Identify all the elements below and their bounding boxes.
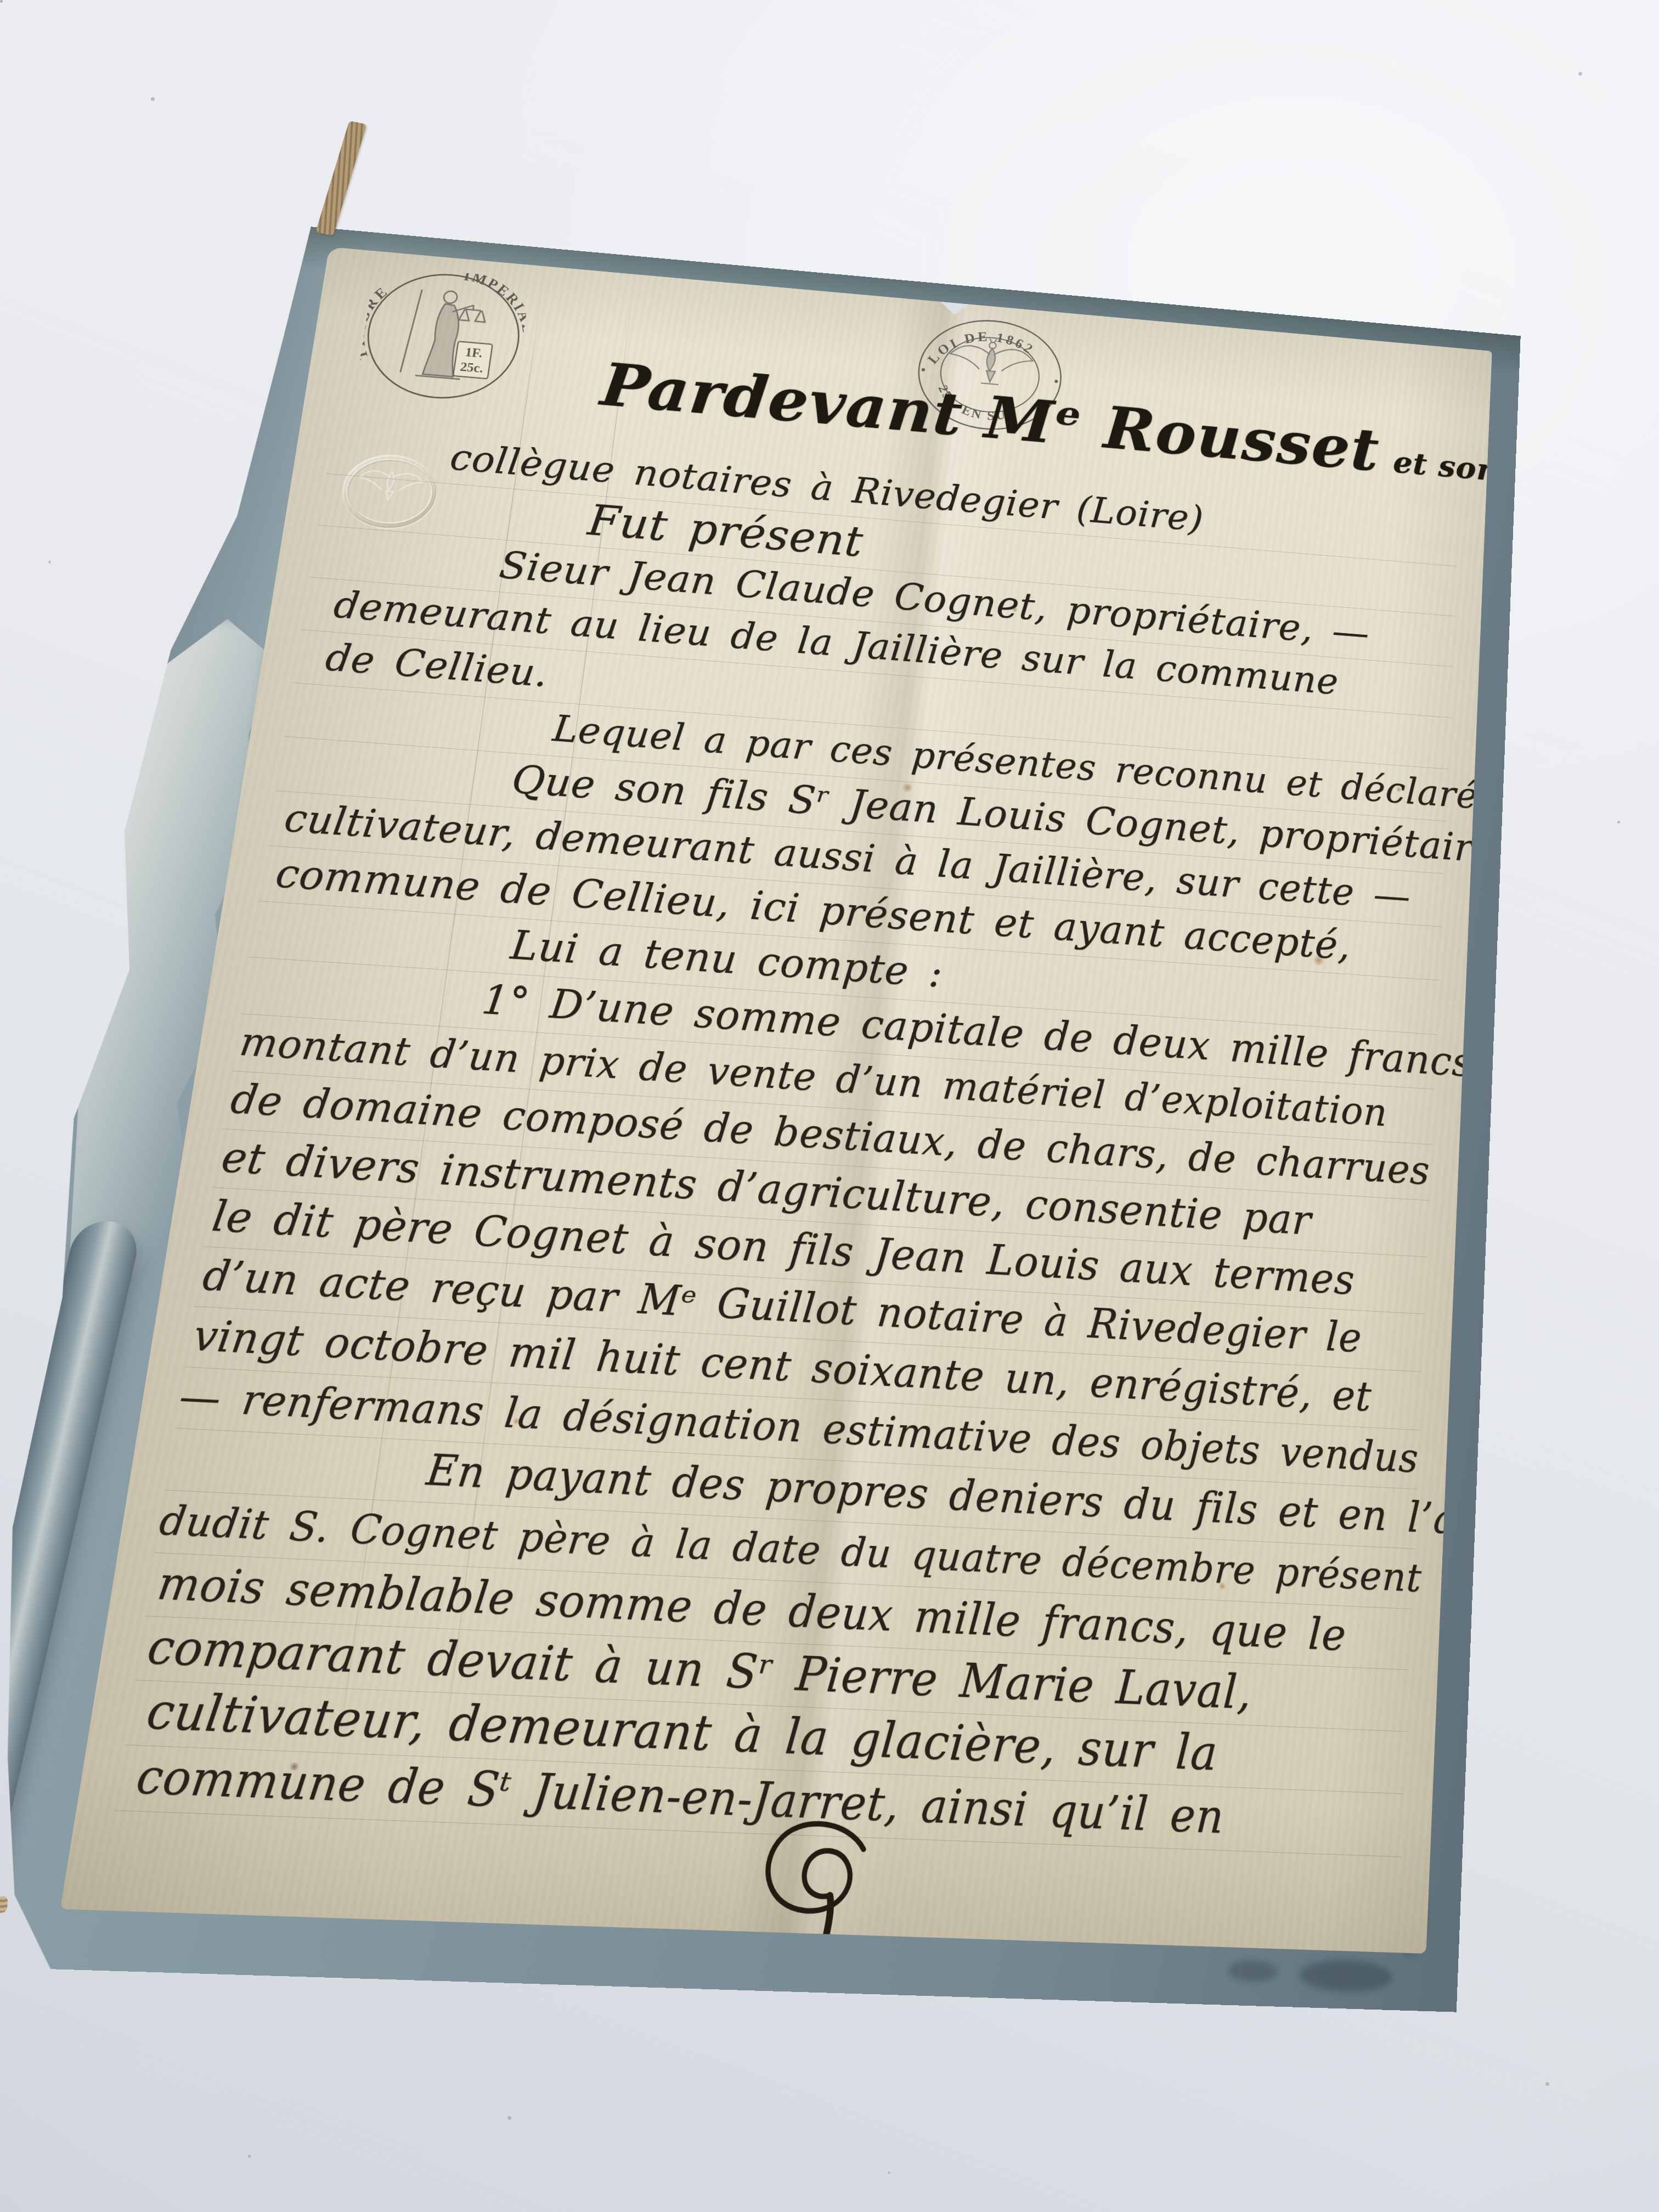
manuscript-lines: collègue notaires à Rivedegier (Loire) F…: [114, 423, 1459, 1857]
cover-stain: [1227, 1960, 1278, 1983]
cover-stain: [1299, 1959, 1393, 1993]
stamp-arc-text: TIMBRE: [354, 280, 394, 364]
stamp-value-1: 1F.: [464, 346, 483, 361]
heading-suffix: et son: [1392, 445, 1492, 488]
timbre-imperial-stamp: TIMBRE IMPERIAL. 1F. 25c.: [354, 265, 531, 408]
stamp-value-2: 25c.: [459, 360, 484, 376]
stamp-denomination: 1F. 25c.: [453, 341, 493, 379]
notarial-document: TIMBRE IMPERIAL. 1F. 25c.: [60, 247, 1492, 1954]
justice-with-scales-icon: TIMBRE IMPERIAL. 1F. 25c.: [354, 265, 531, 408]
dust-specks: [0, 0, 3, 3]
stamp-arc-text: IMPERIAL.: [455, 268, 531, 342]
svg-text:TIMBRE: TIMBRE: [354, 280, 394, 364]
svg-text:IMPERIAL.: IMPERIAL.: [455, 268, 531, 342]
